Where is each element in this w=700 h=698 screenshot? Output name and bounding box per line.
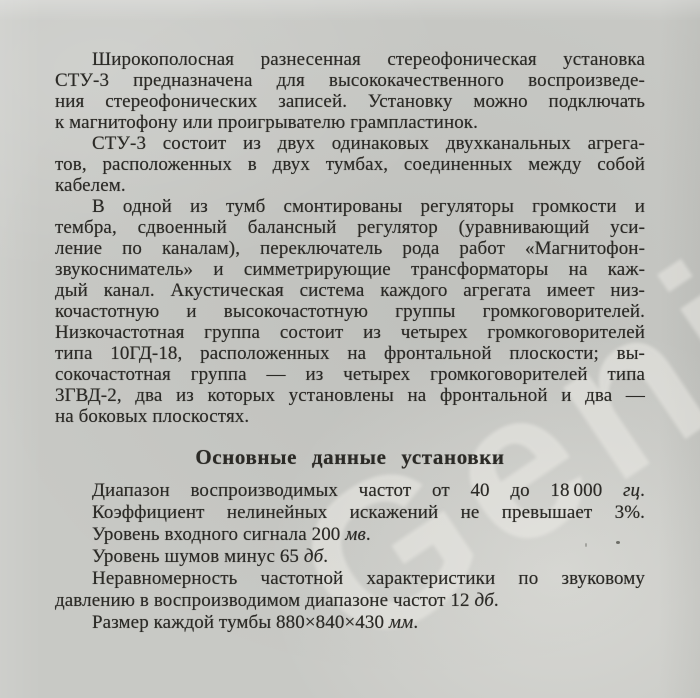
text-line: тов, расположенных в двух тумбах, соедин… — [55, 154, 645, 175]
text-line: Уровень входного сигнала 200 мв. — [55, 524, 645, 546]
text-line: дый канал. Акустическая система каждого … — [55, 280, 645, 301]
text-line: кабелем. — [55, 175, 645, 196]
scan-speck — [585, 543, 587, 547]
text-line: Уровень шумов минус 65 дб. — [55, 546, 645, 568]
text-line: Диапазон воспроизводимых частот от 40 до… — [55, 480, 645, 502]
scanned-document-page: Geni Широкополосная разнесенная стереофо… — [0, 0, 700, 698]
text-line: 3ГВД-2, два из которых установлены на фр… — [55, 385, 645, 406]
text-line: типа 10ГД-18, расположенных на фронтальн… — [55, 343, 645, 364]
text-line: Коэффициент нелинейных искажений не прев… — [55, 502, 645, 524]
page-text: Широкополосная разнесенная стереофоничес… — [55, 49, 645, 634]
scan-speck — [616, 541, 620, 544]
text-line: ния стереофонических записей. Установку … — [55, 91, 645, 112]
text-line: тембра, сдвоенный балансный регулятор (у… — [55, 217, 645, 238]
text-line: СТУ-3 предназначена для высококачественн… — [55, 70, 645, 91]
text-line: В одной из тумб смонтированы регуляторы … — [55, 196, 645, 217]
text-line: на боковых плоскостях. — [55, 406, 645, 427]
text-line: Неравномерность частотной характеристики… — [55, 568, 645, 590]
text-line: к магнитофону или проигрывателю грамплас… — [55, 112, 645, 133]
text-line: Низкочастотная группа состоит из четырех… — [55, 322, 645, 343]
text-line: Размер каждой тумбы 880×840×430 мм. — [55, 612, 645, 634]
text-line: давлению в воспроизводимом диапазоне час… — [55, 590, 645, 612]
text-line: СТУ-3 состоит из двух одинаковых двухкан… — [55, 133, 645, 154]
text-line: Широкополосная разнесенная стереофоничес… — [55, 49, 645, 70]
text-line: сокочастотная группа — из четырех громко… — [55, 364, 645, 385]
text-line: звукосниматель» и симметрирующие трансфо… — [55, 259, 645, 280]
section-heading: Основные данные установки — [55, 444, 645, 470]
text-line: кочастотную и высокочастотную группы гро… — [55, 301, 645, 322]
text-line: ление по каналам), переключатель рода ра… — [55, 238, 645, 259]
